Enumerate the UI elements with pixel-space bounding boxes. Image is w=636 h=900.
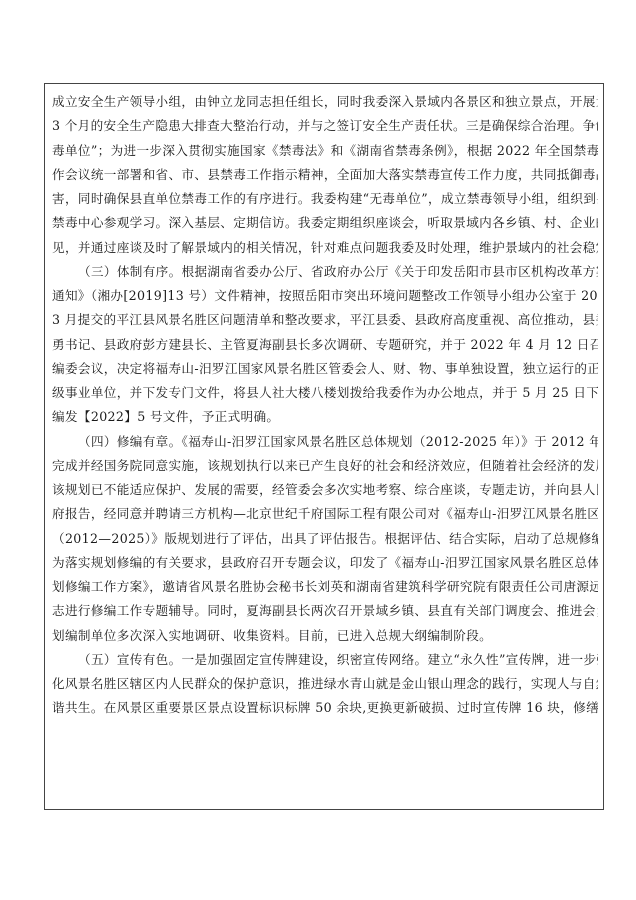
p-4-planning-line: （四）修编有章。《福寿山-汨罗江国家风景名胜区总体规划（2012-2025 年）… bbox=[52, 430, 598, 454]
content-table-cell: 成立安全生产领导小组，由钟立龙同志担任组长，同时我委深入景域内各景区和独立景点，… bbox=[44, 83, 604, 810]
p-continued-line: 毒单位”；为进一步深入贯彻实施国家《禁毒法》和《湖南省禁毒条例》，根据 2022… bbox=[52, 139, 598, 163]
p-3-institution-line: 通知》（湘办[2019]13 号）文件精神，按照岳阳市突出环境问题整改工作领导小… bbox=[52, 284, 598, 308]
p-3-institution-line: 级事业单位，并下发专门文件，将县人社大楼八楼划拨给我委作为办公地点，并于 5 月… bbox=[52, 381, 598, 405]
p-3-institution-line: 勇书记、县政府彭方建县长、主管夏海副县长多次调研、专题研究，并于 2022 年 … bbox=[52, 333, 598, 357]
p-4-planning-line: 为落实规划修编的有关要求，县政府召开专题会议，印发了《福寿山-汨罗江国家风景名胜… bbox=[52, 551, 598, 575]
p-3-institution-line: 编发【2022】5 号文件，予正式明确。 bbox=[52, 405, 598, 429]
p-continued-line: 害，同时确保县直单位禁毒工作的有序进行。我委构建“无毒单位”，成立禁毒领导小组，… bbox=[52, 187, 598, 211]
p-continued-line: 成立安全生产领导小组，由钟立龙同志担任组长，同时我委深入景域内各景区和独立景点，… bbox=[52, 90, 598, 114]
p-5-publicity-line: （五）宣传有色。一是加强固定宣传牌建设，织密宣传网络。建立“永久性”宣传牌，进一… bbox=[52, 648, 598, 672]
p-5-publicity-line: 谐共生。在风景区重要景区景点设置标识标牌 50 余块,更换更新破损、过时宣传牌 … bbox=[52, 696, 598, 720]
document-page: 成立安全生产领导小组，由钟立龙同志担任组长，同时我委深入景域内各景区和独立景点，… bbox=[0, 0, 636, 900]
p-continued-line: 作会议统一部署和省、市、县禁毒工作指示精神，全面加大落实禁毒宣传工作力度，共同抵… bbox=[52, 163, 598, 187]
p-continued-line: 3 个月的安全生产隐患大排查大整治行动，并与之签订安全生产责任状。三是确保综合治… bbox=[52, 114, 598, 138]
p-4-planning-line: 该规划已不能适应保护、发展的需要，经管委会多次实地考察、综合座谈，专题走访，并向… bbox=[52, 478, 598, 502]
p-3-institution-line: 3 月提交的平江县风景名胜区问题清单和整改要求，平江县委、县政府高度重视、高位推… bbox=[52, 308, 598, 332]
p-4-planning-line: 志进行修编工作专题辅导。同时，夏海副县长两次召开景域乡镇、县直有关部门调度会、推… bbox=[52, 599, 598, 623]
p-continued-line: 禁毒中心参观学习。深入基层、定期信访。我委定期组织座谈会，听取景域内各乡镇、村、… bbox=[52, 211, 598, 235]
text-body: 成立安全生产领导小组，由钟立龙同志担任组长，同时我委深入景域内各景区和独立景点，… bbox=[52, 90, 598, 721]
p-4-planning-line: （2012—2025）》版规划进行了评估，出具了评估报告。根据评估、结合实际，启… bbox=[52, 527, 598, 551]
p-5-publicity-line: 化风景名胜区辖区内人民群众的保护意识，推进绿水青山就是金山银山理念的践行，实现人… bbox=[52, 672, 598, 696]
p-3-institution-line: （三）体制有序。根据湖南省委办公厅、省政府办公厅《关于印发岳阳市县市区机构改革方… bbox=[52, 260, 598, 284]
p-continued-line: 见，并通过座谈及时了解景域内的相关情况，针对难点问题我委及时处理，维护景域内的社… bbox=[52, 236, 598, 260]
p-3-institution-line: 编委会议，决定将福寿山-汨罗江国家风景名胜区管委会人、财、物、事单独设置，独立运… bbox=[52, 357, 598, 381]
p-4-planning-line: 府报告，经同意并聘请三方机构—北京世纪千府国际工程有限公司对《福寿山-汨罗江风景… bbox=[52, 502, 598, 526]
p-4-planning-line: 完成并经国务院同意实施，该规划执行以来已产生良好的社会和经济效应，但随着社会经济… bbox=[52, 454, 598, 478]
p-4-planning-line: 划修编工作方案》，邀请省风景名胜协会秘书长刘英和湖南省建筑科学研究院有限责任公司… bbox=[52, 575, 598, 599]
p-4-planning-line: 划编制单位多次深入实地调研、收集资料。目前，已进入总规大纲编制阶段。 bbox=[52, 624, 598, 648]
